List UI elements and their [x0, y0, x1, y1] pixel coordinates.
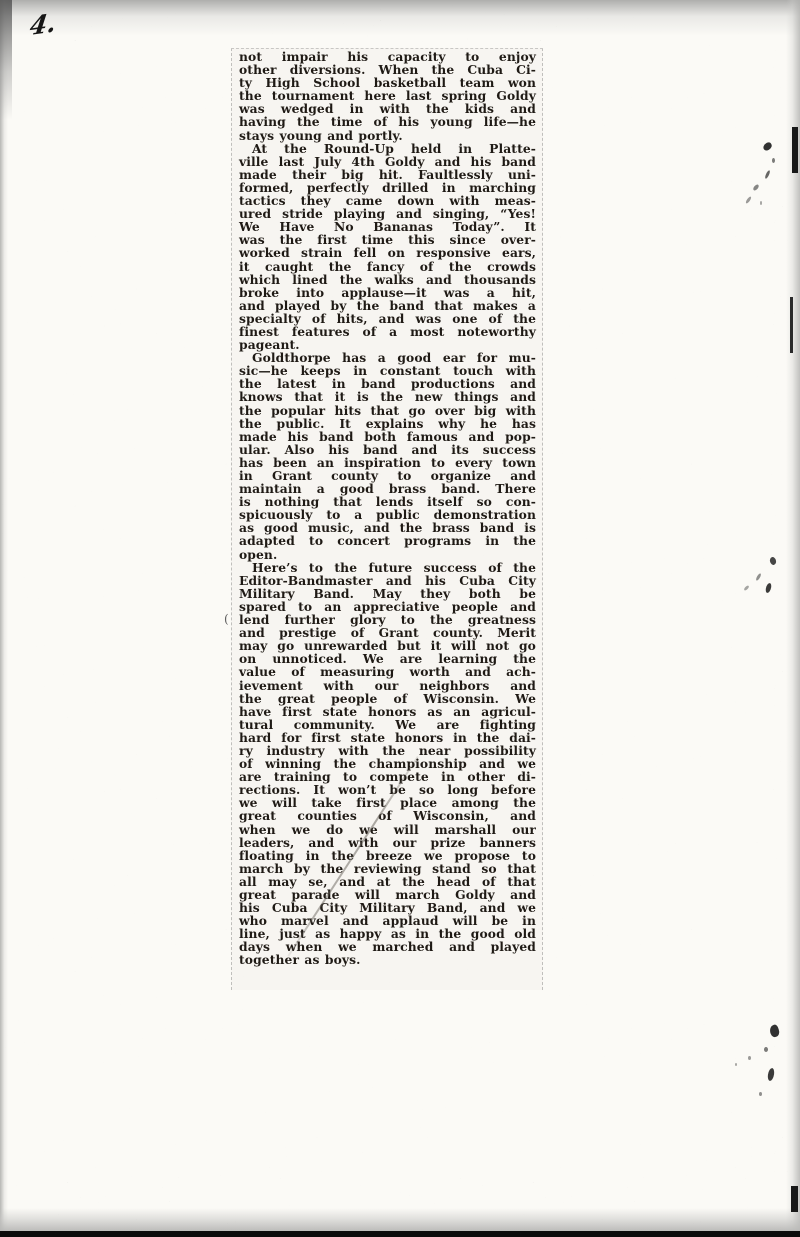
scan-artifact-line — [790, 297, 793, 353]
article-line: adapted to concert programs in the — [239, 534, 536, 547]
newspaper-clipping: not impair his capacity to enjoyother di… — [231, 48, 543, 990]
article-line: tural community. We are fighting — [239, 718, 536, 731]
article-line: and played by the band that makes a — [239, 299, 536, 312]
article-line: stays young and portly. — [239, 129, 536, 142]
article-line: Military Band. May they both be — [239, 587, 536, 600]
ink-smudge — [765, 583, 772, 594]
ink-smudge — [735, 1063, 737, 1066]
article-line: ievement with our neighbors and — [239, 679, 536, 692]
article-line: great counties of Wisconsin, and — [239, 809, 536, 822]
article-line: At the Round-Up held in Platte- — [239, 142, 536, 155]
scan-corner-top-left — [0, 0, 12, 120]
article-line: made his band both famous and pop- — [239, 430, 536, 443]
scan-edge-top — [0, 0, 800, 36]
article-line: leaders, and with our prize banners — [239, 836, 536, 849]
scan-edge-bottom — [0, 1208, 800, 1232]
article-line: have first state honors as an agricul- — [239, 705, 536, 718]
article-line: having the time of his young life—he — [239, 115, 536, 128]
ink-smudge — [769, 556, 777, 565]
scan-edge-right — [786, 0, 800, 1237]
ink-smudge — [759, 1092, 762, 1096]
ink-smudge — [764, 1047, 768, 1052]
article-line: when we do we will marshall our — [239, 823, 536, 836]
article-line: together as boys. — [239, 953, 536, 966]
article-line: Here’s to the future success of the — [239, 561, 536, 574]
ink-smudge — [767, 1068, 775, 1082]
article-line: ville last July 4th Goldy and his band — [239, 155, 536, 168]
ink-smudge — [762, 141, 773, 152]
article-line: worked strain fell on responsive ears, — [239, 246, 536, 259]
ink-smudge — [755, 573, 762, 581]
article-line: which lined the walks and thousands — [239, 273, 536, 286]
ink-smudge — [768, 1024, 781, 1038]
article-line: value of measuring worth and ach- — [239, 665, 536, 678]
article-line: the great people of Wisconsin. We — [239, 692, 536, 705]
scan-edge-left — [0, 0, 8, 1237]
scanned-page: 4. not impair his capacity to enjoyother… — [0, 0, 800, 1237]
scan-edge-bottom-black — [0, 1231, 800, 1237]
article-line: floating in the breeze we propose to — [239, 849, 536, 862]
article-line: it caught the fancy of the crowds — [239, 260, 536, 273]
ink-smudge — [752, 184, 760, 192]
handwritten-page-number: 4. — [28, 8, 58, 42]
article-column: not impair his capacity to enjoyother di… — [232, 49, 542, 967]
article-line: the public. It explains why he has — [239, 417, 536, 430]
ink-smudge — [764, 170, 771, 179]
article-line: broke into applause—it was a hit, — [239, 286, 536, 299]
ink-smudge — [745, 196, 752, 204]
stray-pen-mark: ( — [224, 612, 229, 626]
article-line: specialty of hits, and was one of the — [239, 312, 536, 325]
article-line: open. — [239, 548, 536, 561]
article-line: made their big hit. Faultlessly uni- — [239, 168, 536, 181]
ink-smudge — [760, 201, 762, 205]
article-line: Editor-Bandmaster and his Cuba City — [239, 574, 536, 587]
scan-artifact-line — [791, 1186, 798, 1212]
article-line: hard for first state honors in the dai- — [239, 731, 536, 744]
article-line: the popular hits that go over big with — [239, 404, 536, 417]
article-line: knows that it is the new things and — [239, 390, 536, 403]
scan-artifact-line — [792, 127, 798, 173]
ink-smudge — [772, 158, 775, 163]
article-line: march by the reviewing stand so that — [239, 862, 536, 875]
article-line: ular. Also his band and its success — [239, 443, 536, 456]
ink-smudge — [748, 1056, 751, 1060]
ink-smudge — [743, 585, 749, 591]
